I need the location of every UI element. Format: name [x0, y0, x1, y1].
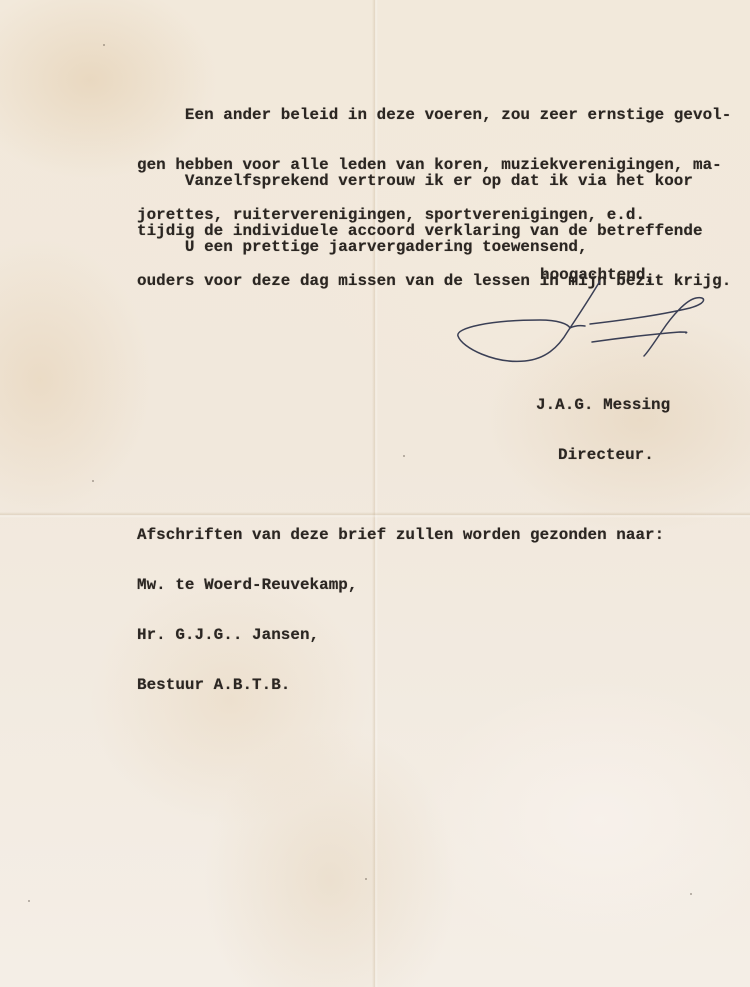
paper-speck	[103, 44, 105, 46]
signer-title: Directeur.	[536, 447, 670, 464]
copies-intro: Afschriften van deze brief zullen worden…	[137, 527, 664, 544]
paper-speck	[92, 480, 94, 482]
copy-recipient: Mw. te Woerd-Reuvekamp,	[137, 577, 664, 594]
copy-recipient: Hr. G.J.G.. Jansen,	[137, 627, 664, 644]
copy-recipient: Bestuur A.B.T.B.	[137, 677, 664, 694]
paper-speck	[690, 893, 692, 895]
signer-block: J.A.G. Messing Directeur.	[536, 364, 670, 480]
signer-name: J.A.G. Messing	[536, 397, 670, 414]
text-line: Vanzelfsprekend vertrouw ik er op dat ik…	[137, 173, 731, 190]
paper-speck	[365, 878, 367, 880]
text-line: U een prettige jaarvergadering toewensen…	[137, 239, 588, 256]
signature-icon	[450, 276, 710, 371]
copies-block: Afschriften van deze brief zullen worden…	[137, 494, 664, 710]
paper-speck	[403, 455, 405, 457]
paper-speck	[28, 900, 30, 902]
text-line: Een ander beleid in deze voeren, zou zee…	[137, 107, 731, 124]
paragraph-wishes: U een prettige jaarvergadering toewensen…	[137, 206, 588, 272]
